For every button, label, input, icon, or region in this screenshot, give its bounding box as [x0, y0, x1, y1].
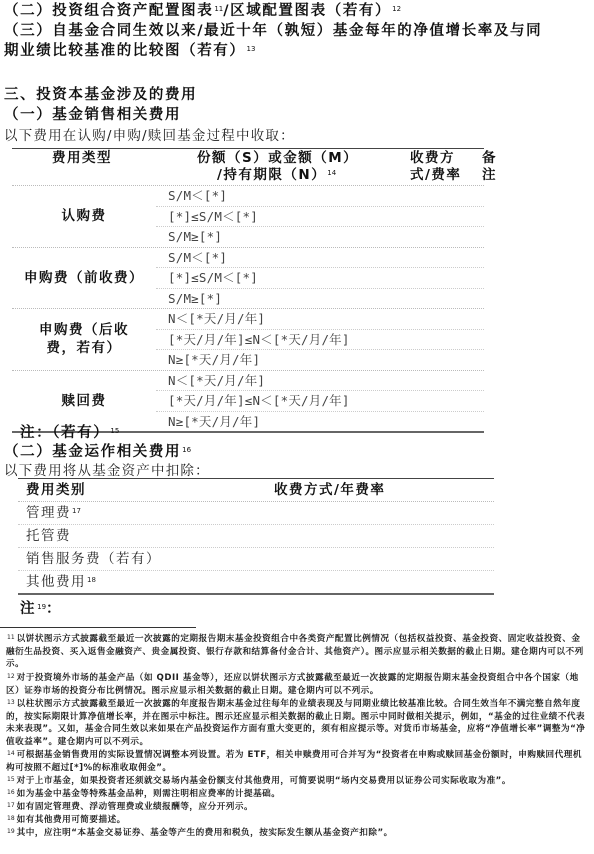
fee-group-redemption: 赎回费 N＜[*天/月/年] [*天/月/年]≤N＜[*天/月/年] N≥[*天… [12, 371, 484, 432]
group-label: 认购费 [12, 186, 156, 247]
footnote-number: 18 [7, 815, 15, 822]
footnote-14: 14可根据基金销售费用的实际设置情况调整本列设置。若为 ETF，相关申赎费用可合… [6, 749, 588, 774]
operating-fee-table: 费用类别 收费方式/年费率 管理费17 托管费 销售服务费（若有） 其他费用18 [18, 478, 494, 595]
footnote-text: 如有其他费用可简要描述。 [17, 815, 126, 825]
heading-text: /区域配置图表（若有） [223, 3, 391, 19]
group-label: 申购费（前收费） [12, 248, 156, 309]
footnote-ref[interactable]: 14 [327, 169, 336, 177]
footnote-number: 19 [7, 828, 15, 835]
footnote-text: 可根据基金销售费用的实际设置情况调整本列设置。若为 ETF，相关申赎费用可合并写… [6, 750, 582, 773]
table-header: 费用类别 收费方式/年费率 [18, 479, 494, 502]
footnote-ref[interactable]: 18 [87, 576, 96, 584]
table-header: 费用类型 份额（S）或金额（M） /持有期限（N）14 收费方 式/费率 备注 [12, 149, 484, 186]
table-row: N≥[*天/月/年] [156, 350, 484, 370]
footnote-ref[interactable]: 11 [214, 5, 223, 13]
footnote-18: 18如有其他费用可简要描述。 [6, 814, 588, 827]
subsection-title-sales-fees: （一）基金销售相关费用 [4, 106, 181, 124]
header-method: 收费方 [410, 150, 455, 167]
footnote-ref[interactable]: 16 [182, 446, 191, 454]
heading-text: （二）投资组合资产配置图表 [4, 3, 213, 19]
footnote-number: 13 [7, 699, 15, 706]
header-fee-category: 费用类别 [26, 479, 86, 501]
footnote-ref[interactable]: 15 [110, 427, 119, 435]
table-row-management-fee: 管理费17 [18, 502, 494, 525]
footnote-19: 19其中，应注明“本基金交易证券、基金等产生的费用和税负，按实际发生额从基金资产… [6, 827, 588, 840]
footnote-number: 17 [7, 802, 15, 809]
group-label: 申购费（后收费，若有） [12, 309, 156, 370]
footnote-12: 12对于投资境外市场的基金产品（如 QDII 基金等），还应以饼状图示方式披露截… [6, 672, 588, 697]
subsection-title-operating-fees: （二）基金运作相关费用16 [4, 443, 191, 461]
footnote-ref[interactable]: 12 [392, 5, 401, 13]
table-row-other-fees: 其他费用18 [18, 571, 494, 593]
footnote-separator [0, 627, 196, 628]
table-row-sales-service-fee: 销售服务费（若有） [18, 548, 494, 571]
table-row-custody-fee: 托管费 [18, 525, 494, 548]
footnote-text: 以饼状图示方式披露截至最近一次披露的定期报告期末基金投资组合中各类资产配置比例情… [6, 634, 584, 669]
header-text: /持有期限（N） [217, 167, 326, 183]
footnote-15: 15对于上市基金，如果投资者还须就交易场内基金份额支付其他费用，可简要说明“场内… [6, 775, 588, 788]
header-method-line2: 式/费率 [410, 167, 461, 184]
sales-fees-intro: 以下费用在认购/申购/赎回基金过程中收取： [4, 127, 295, 145]
footnote-text: 对于投资境外市场的基金产品（如 QDII 基金等），还应以饼状图示方式披露截至最… [6, 673, 579, 696]
footnote-17: 17如有固定管理费、浮动管理费或业绩报酬等，应分开列示。 [6, 801, 588, 814]
group-label: 赎回费 [12, 371, 156, 432]
footnote-11: 11以饼状图示方式披露截至最近一次披露的定期报告期末基金投资组合中各类资产配置比… [6, 633, 588, 671]
footnote-number: 14 [7, 750, 15, 757]
heading-asset-allocation-chart: （二）投资组合资产配置图表11/区域配置图表（若有）12 [4, 2, 401, 20]
footnote-text: 以柱状图示方式披露截至最近一次披露的年度报告期末基金过往每年的业绩表现及与同期业… [6, 699, 585, 747]
sales-fee-note: 注：（若有）15 [20, 424, 119, 442]
note-text: 注：（若有） [20, 425, 109, 441]
table-row: S/M＜[*] [156, 248, 484, 269]
header-fee-method: 收费方式/年费率 [274, 479, 385, 501]
table-row: S/M≥[*] [156, 289, 484, 309]
fee-group-subscription: 认购费 S/M＜[*] [*]≤S/M＜[*] S/M≥[*] [12, 186, 484, 248]
sales-fee-table: 费用类型 份额（S）或金额（M） /持有期限（N）14 收费方 式/费率 备注 … [12, 148, 484, 433]
footnote-ref[interactable]: 13 [247, 45, 256, 53]
table-row: [*]≤S/M＜[*] [156, 207, 484, 228]
header-remark: 备注 [482, 150, 497, 184]
footnote-text: 其中，应注明“本基金交易证券、基金等产生的费用和税负，按实际发生额从基金资产扣除… [17, 828, 393, 838]
table-row: [*]≤S/M＜[*] [156, 268, 484, 289]
footnote-ref[interactable]: 17 [72, 507, 81, 515]
footnote-text: 如有固定管理费、浮动管理费或业绩报酬等，应分开列示。 [17, 802, 253, 812]
footnote-16: 16如为基金中基金等特殊基金品种，则需注明相应费率的计提基础。 [6, 788, 588, 801]
footnote-number: 16 [7, 789, 15, 796]
heading-text: 期业绩比较基准的比较图（若有） [4, 43, 246, 59]
table-row: [*天/月/年]≤N＜[*天/月/年] [156, 391, 484, 412]
footnote-text: 如为基金中基金等特殊基金品种，则需注明相应费率的计提基础。 [17, 789, 281, 799]
table-row: N＜[*天/月/年] [156, 309, 484, 330]
row-label: 托管费 [26, 528, 71, 544]
row-label: 销售服务费（若有） [26, 551, 161, 567]
operating-fee-note: 注19： [20, 600, 62, 618]
footnote-number: 12 [7, 673, 15, 680]
fee-group-purchase-back: 申购费（后收费，若有） N＜[*天/月/年] [*天/月/年]≤N＜[*天/月/… [12, 309, 484, 371]
section-title-fees: 三、投资本基金涉及的费用 [4, 86, 197, 104]
footnote-number: 15 [7, 776, 15, 783]
header-amount: 份额（S）或金额（M） [197, 150, 358, 167]
table-row: S/M≥[*] [156, 227, 484, 247]
note-colon: ： [46, 601, 62, 617]
table-row: [*天/月/年]≤N＜[*天/月/年] [156, 330, 484, 351]
fee-group-purchase-front: 申购费（前收费） S/M＜[*] [*]≤S/M＜[*] S/M≥[*] [12, 248, 484, 310]
header-fee-type: 费用类型 [52, 150, 112, 167]
header-amount-line2: /持有期限（N）14 [217, 167, 336, 184]
footnote-number: 11 [7, 634, 15, 641]
row-label: 管理费 [26, 505, 71, 521]
footnote-text: 对于上市基金，如果投资者还须就交易场内基金份额支付其他费用，可简要说明“场内交易… [17, 776, 511, 786]
note-text: 注 [20, 601, 36, 617]
table-row: N＜[*天/月/年] [156, 371, 484, 392]
heading-performance-chart-line1: （三）自基金合同生效以来/最近十年（孰短）基金每年的净值增长率及与同 [4, 22, 542, 40]
table-row: N≥[*天/月/年] [156, 412, 484, 432]
heading-text: （二）基金运作相关费用 [4, 444, 181, 460]
table-row: S/M＜[*] [156, 186, 484, 207]
row-label: 其他费用 [26, 574, 86, 590]
heading-performance-chart-line2: 期业绩比较基准的比较图（若有）13 [4, 42, 255, 60]
footnote-ref[interactable]: 19 [37, 603, 46, 611]
footnote-13: 13以柱状图示方式披露截至最近一次披露的年度报告期末基金过往每年的业绩表现及与同… [6, 698, 588, 748]
